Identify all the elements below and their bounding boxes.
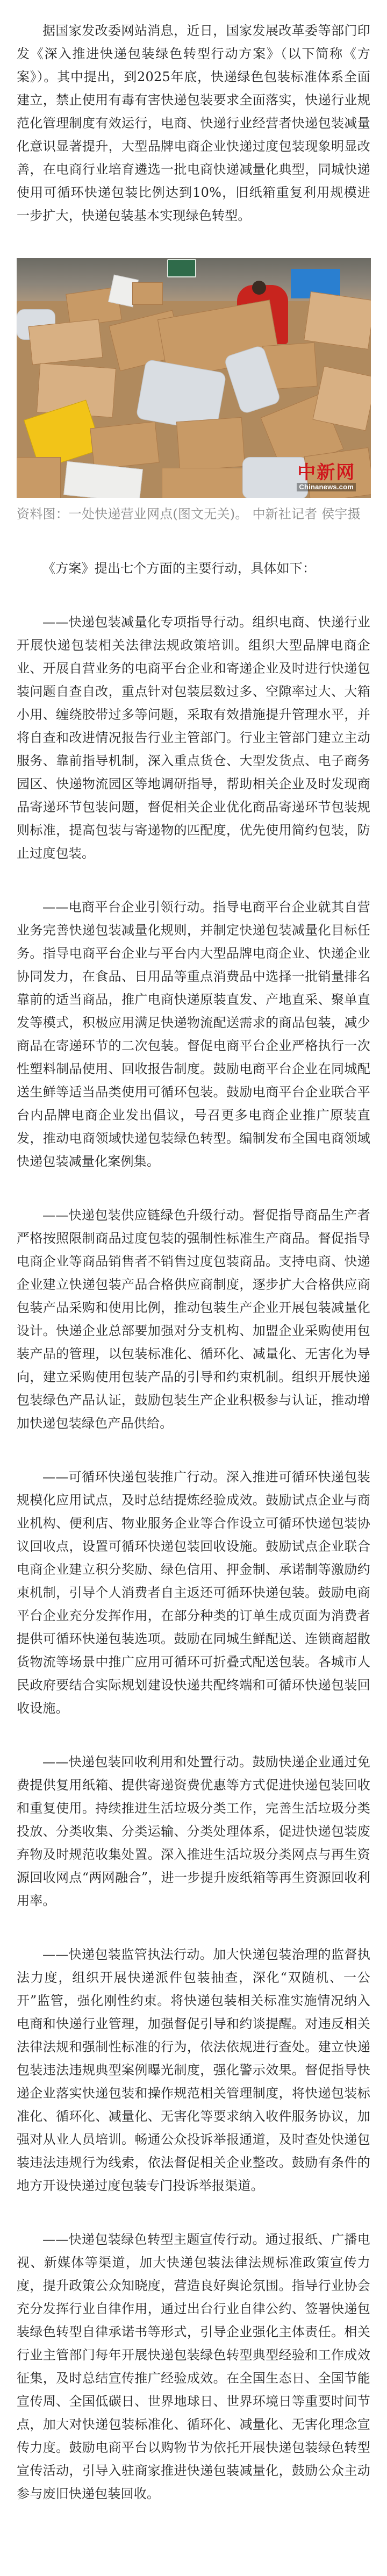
news-photo: 中新网 Chinanews.com — [17, 258, 371, 498]
intro-paragraph: 据国家发改委网站消息，近日，国家发展改革委等部门印发《深入推进快递包装绿色转型行… — [17, 19, 370, 227]
photo-parcel-box — [90, 422, 159, 469]
photo-parcel-box — [63, 461, 143, 498]
news-figure: 中新网 Chinanews.com 资料图：一处快递营业网点(图文无关)。 中新… — [17, 258, 370, 525]
photo-courier-head — [252, 281, 266, 295]
action-paragraph-2: ——电商平台企业引领行动。指导电商平台企业就其自营业务完善快递包装减量化规则，并… — [17, 896, 370, 1173]
action-paragraph-6: ——快递包装监管执法行动。加大快递包装治理的监督执法力度，组织开展快递派件包装抽… — [17, 1943, 370, 2197]
photo-parcel-box — [132, 282, 163, 305]
photo-parcel-box — [313, 366, 371, 431]
action-paragraph-4: ——可循环快递包装推广行动。深入推进可循环快递包装规模化应用试点，及时总结提炼经… — [17, 1466, 370, 1720]
photo-caption: 资料图：一处快递营业网点(图文无关)。 中新社记者 侯宇摄 — [17, 503, 370, 525]
photo-street-sign — [167, 259, 196, 277]
action-paragraph-1: ——快递包装减量化专项指导行动。组织电商、快递行业开展快递包装相关法律法规政策培… — [17, 611, 370, 865]
photo-parcel-box — [28, 319, 103, 365]
watermark-logo-text: 中新网 — [297, 462, 356, 483]
action-paragraph-3: ——快递包装供应链绿色升级行动。督促指导商品生产者严格按照限制商品过度包装的强制… — [17, 1204, 370, 1435]
chinanews-watermark: 中新网 Chinanews.com — [297, 462, 356, 491]
lead-paragraph: 《方案》提出七个方面的主要行动，具体如下： — [17, 557, 370, 580]
article-body: 据国家发改委网站消息，近日，国家发展改革委等部门印发《深入推进快递包装绿色转型行… — [0, 0, 387, 2506]
photo-parcel-box — [17, 457, 61, 498]
photo-parcel-box — [304, 291, 371, 349]
action-paragraph-5: ——快递包装回收利用和处置行动。鼓励快递企业通过免费提供复用纸箱、提供寄递资费优… — [17, 1751, 370, 1913]
watermark-site-text: Chinanews.com — [297, 483, 356, 491]
photo-parcel-box — [176, 417, 245, 471]
photo-parcel-box — [162, 468, 254, 498]
action-paragraph-7: ——快递包装绿色转型主题宣传行动。通过报纸、广播电视、新媒体等渠道，加大快递包装… — [17, 2228, 370, 2506]
